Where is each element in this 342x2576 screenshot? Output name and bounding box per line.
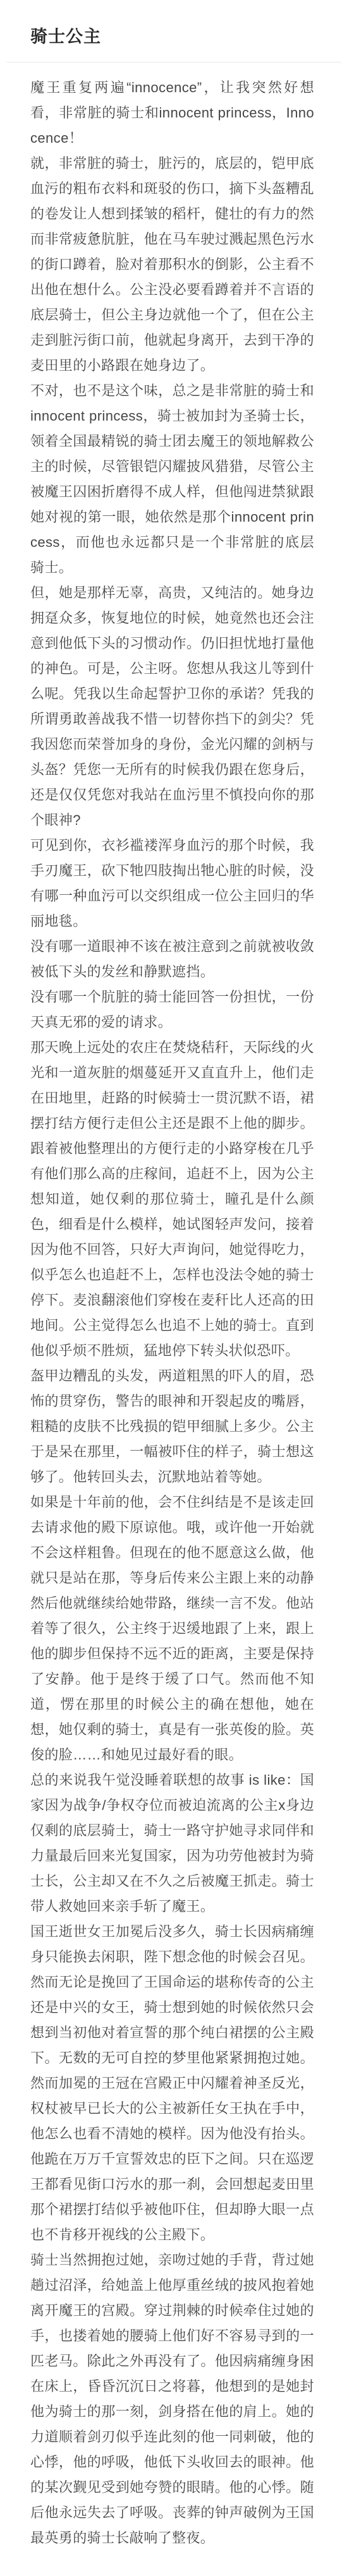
paragraph: 那天晚上远处的农庄在焚烧秸秆，天际线的火光和一道灰脏的烟蔓延开又直直升上，他们走… <box>30 1035 314 1363</box>
story-body: 魔王重复两遍“innocence”，让我突然好想看，非常脏的骑士和innocen… <box>0 63 342 2576</box>
paragraph: 骑士当然拥抱过她，亲吻过她的手背，背过她趟过沼泽，给她盖上他厚重丝绒的披风抱着她… <box>30 2248 314 2551</box>
paragraph: 不对，也不是这个味，总之是非常脏的骑士和innocent princess，骑士… <box>30 378 314 580</box>
paragraph: 但，她是那样无辜，高贵，又纯洁的。她身边拥趸众多，恢复地位的时候，她竟然也还会注… <box>30 580 314 833</box>
paragraph: 可见到你，衣衫褴褛浑身血污的那个时候，我手刃魔王，砍下牠四肢掏出牠心脏的时候，没… <box>30 833 314 934</box>
page-header: 骑士公主 <box>0 0 342 47</box>
paragraph: 总的来说我午觉没睡着联想的故事 is like：国家因为战争/争权夺位而被迫流离… <box>30 1768 314 1919</box>
paragraph: 如果是十年前的他，会不住纠结是不是该走回去请求他的殿下原谅他。哦，或许他一开始就… <box>30 1490 314 1768</box>
page-title: 骑士公主 <box>30 27 312 47</box>
story-page: 骑士公主 魔王重复两遍“innocence”，让我突然好想看，非常脏的骑士和in… <box>0 0 342 2576</box>
paragraph: 就，非常脏的骑士，脏污的，底层的，铠甲底血污的粗布衣料和斑驳的伤口，摘下头盔糟乱… <box>30 151 314 378</box>
paragraph: 没有哪一道眼神不该在被注意到之前就被收敛被低下头的发丝和静默遮挡。 <box>30 934 314 985</box>
paragraph: 国王逝世女王加冕后没多久，骑士长因病痛缠身只能换去闲职，陛下想念他的时候会召见。… <box>30 1919 314 2248</box>
paragraph: 盔甲边糟乱的头发，两道粗黑的吓人的眉，恐怖的贯穿伤，警告的眼神和开裂起皮的嘴唇，… <box>30 1363 314 1490</box>
paragraph: 魔王重复两遍“innocence”，让我突然好想看，非常脏的骑士和innocen… <box>30 75 314 151</box>
paragraph: 没有哪一个肮脏的骑士能回答一份担忧，一份天真无邪的爱的请求。 <box>30 985 314 1035</box>
